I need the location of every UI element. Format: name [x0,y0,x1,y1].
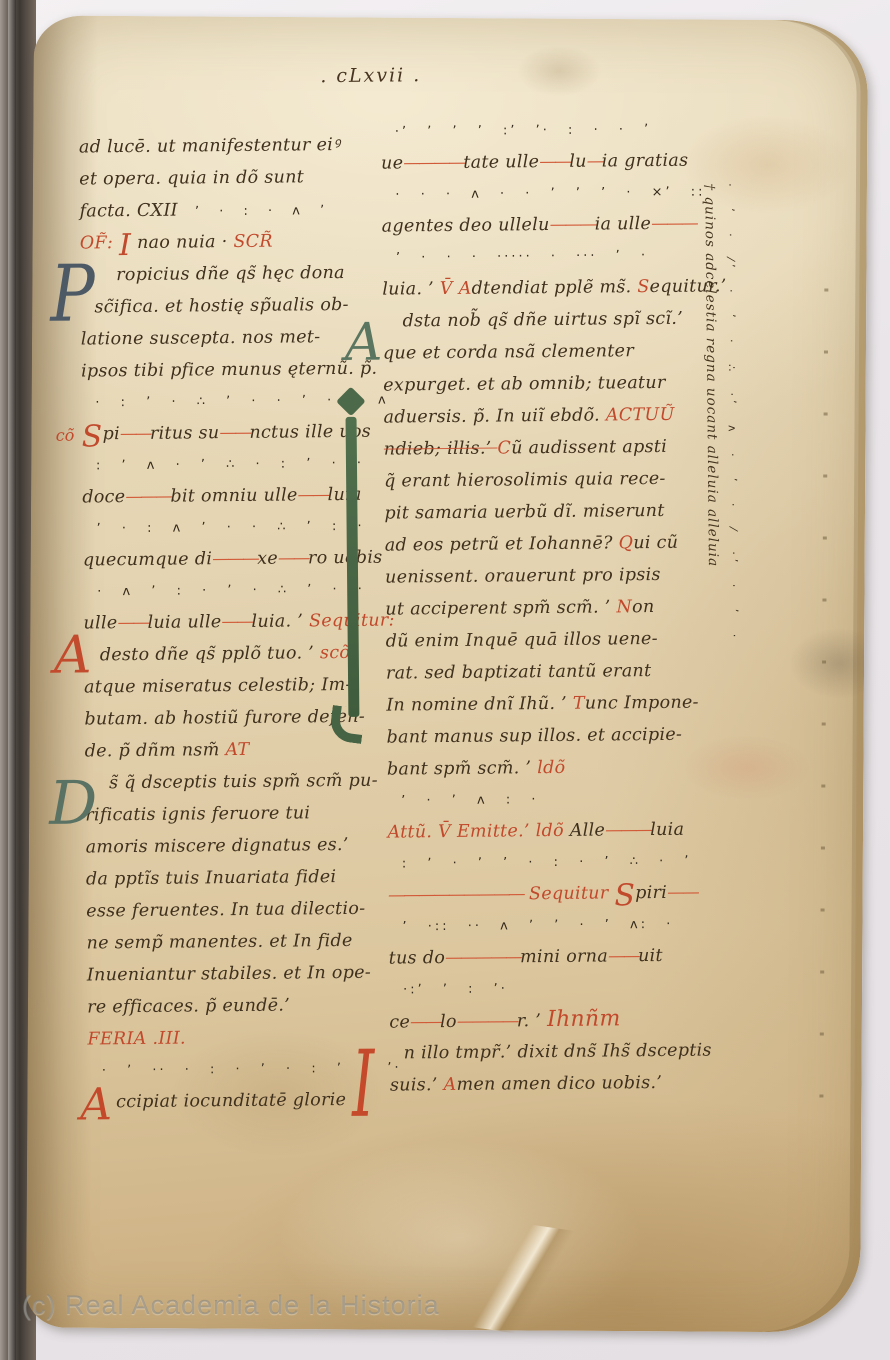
text-segment: que et corda nsã clementer [383,341,634,363]
text-line: dũ enim Inquē quā illos uene- [386,622,754,658]
text-segment: quecumque di [83,549,212,570]
text-segment: luia [650,820,684,840]
text-segment: et opera. quia in dõ sunt [79,167,304,189]
text-segment: —— [120,424,150,444]
text-segment: amoris miscere dignatus es.’ [86,835,349,858]
text-segment: S [637,277,649,297]
text-line: bant spm̃ scm̃. ’ ldõ [387,750,755,786]
text-segment: agentes deo ullelu [382,215,550,237]
text-segment: I [119,228,131,263]
text-segment: mini orna [520,946,608,967]
text-segment: ia ulle [595,214,652,235]
text-segment: latione suscepta. nos met- [81,327,321,349]
text-line: ad eos petrũ et Iohannē? Qui cũ [385,526,753,562]
text-segment: rificatis ignis feruore tui [85,803,310,825]
manuscript-photo: { "folio_number": ". cLxvii .", "waterma… [0,0,890,1360]
text-segment: —— [117,613,147,633]
text-segment: men amen dico uobis.’ [456,1073,662,1095]
text-segment: —— [278,548,308,568]
text-segment: A [443,1075,456,1095]
text-line: OF̃: I nao nuia · SCR̃ [80,224,414,259]
text-segment: nao nuia · [131,232,233,253]
margin-note-neumes: · ’ · ⁄’ · ’ · ∴ ·’ ʌ · ’ · ⁄ ·’ · ’ · [719,183,743,583]
text-segment: facta. CXII [79,201,177,222]
text-segment: ———— [403,153,463,174]
text-segment: Ihnñm [547,1006,621,1032]
text-segment: ipsos tibi pfice munus ęternũ. p̃. [81,359,377,382]
text-line: Inueniantur stabiles. et In ope- [87,956,421,991]
text-segment: expurget. et ab omnib; tueatur [383,373,666,396]
initial-i-stem [346,417,360,717]
text-segment: Attũ. V̄ Emitte.’ ldõ [387,821,569,843]
text-segment: ’ · : · ʌ ’ [178,203,328,219]
text-line: rat. sed baptizati tantũ erant [386,654,754,690]
folio-number: . cLxvii . [320,64,421,87]
initial-a-adsta: A [345,317,383,369]
text-segment: sc̃ifica. et hostię sp̃ualis ob- [94,295,349,317]
text-segment: V̄ A [440,279,472,299]
text-line: tus do—————mini orna——uit [389,939,757,975]
initial-i-in-illo: I [351,1039,374,1131]
text-segment: ———— [457,1011,517,1032]
text-line: s̃ q̃ dsceptis tuis spm̃ scm̃ pu- [85,764,419,799]
text-line: da pptĩs tuis Inuariata fidei [86,860,420,895]
text-line: q̃ erant hierosolimis quia rece- [384,462,752,498]
binding-fold-highlight [8,0,16,1360]
margin-note-text: † quinos adcelestia regna uocant allelui… [699,183,723,583]
text-segment: q̃ erant hierosolimis quia rece- [384,469,666,492]
watermark-text: (c) Real Academia de la Historia [22,1290,440,1321]
text-segment: r. ’ [517,1011,547,1031]
text-line: ad lucē. ut manifestentur eiꝰ [79,128,413,163]
text-segment: Q [619,533,634,553]
text-segment: dsta nob̃ qs̃ dñe uirtus spĩ scĩ.’ [403,309,684,332]
text-line: luia. ’ V̄ Adtendiat pplẽ ms̃. Sequitur.… [382,270,750,306]
text-segment: re efficaces. p̃ eundē.’ [87,996,290,1018]
text-segment: ————————— [388,884,523,905]
text-line: ue————tate ulle——lu—ia gratias [381,144,749,180]
text-segment: ——— [550,215,595,235]
text-segment: bant spm̃ scm̃. ’ [387,758,537,779]
text-segment: —— [410,1012,440,1032]
text-segment: ndieb; illis.’ [384,439,498,460]
text-segment: ——— [651,214,696,234]
text-segment: luia. ’ [382,279,440,300]
text-segment: esse feruentes. In tua dilectio- [86,899,365,922]
initial-a-adesto: A [54,629,92,681]
text-segment: —— [298,485,328,505]
neume-line: : ’ · ’ ’ · : · ’ ∴ · ’ [388,845,756,880]
text-line: suis.’ Amen amen dico uobis.’ [390,1066,758,1102]
neume-line: · · · ʌ · · ’ ’ ’ · ×’ :: [381,176,749,211]
text-line: uenissent. orauerunt pro ipsis [385,558,753,594]
neume-line: ·’ ’ ’ ’ :’ ’· : · · ’ [381,113,749,148]
text-segment: bant manus sup illos. et accipie- [387,725,683,748]
text-segment: s̃ q̃ dsceptis tuis spm̃ scm̃ pu- [109,771,378,794]
text-segment: —— [667,883,697,903]
neume-line: ’ ·:: ·· ʌ ’ ’ · ’ ʌ: · [388,908,756,943]
text-segment: unc Impone- [585,693,699,714]
text-segment: — [587,151,602,171]
text-line: ut acciperent spm̃ scm̃. ’ Non [385,590,753,626]
neume-line: ’ · · · ····· · ··· ’ · [382,239,750,274]
text-segment: pit samaria uerbũ dĩ. miserunt [384,501,664,524]
text-segment: ropicius dñe qs̃ hęc dona [116,263,345,285]
text-segment: SCR̃ [233,232,273,252]
text-segment: ui cũ [633,533,678,553]
text-line: ce——lo————r. ’ Ihnñm [389,1002,757,1038]
initial-i-diamond-top [336,387,366,417]
text-segment: butam. ab hostiũ furore defen- [84,707,365,730]
text-segment: ce [389,1012,410,1032]
text-line: et opera. quia in dõ sunt [79,160,413,195]
text-line: amoris miscere dignatus es.’ [85,828,419,863]
text-segment: de. p̃ dñm nsm̃ [85,740,220,761]
text-segment: C [497,438,511,458]
text-line: ropicius dñe qs̃ hęc dona [80,256,414,291]
text-segment: ccipiat iocunditatē glorie [116,1090,346,1112]
text-line: ndieb; illis.’ Cũ audissent apsti [384,430,752,466]
text-segment: ad lucē. ut manifestentur eiꝰ [79,135,340,158]
text-segment: bit omniu ulle [170,485,297,506]
text-segment: ACTUŨ [606,405,675,426]
text-line: n illo tmpr̃.’ dixit dns̃ Ihs̃ dsceptis [389,1034,757,1070]
text-segment: pi [102,424,120,444]
text-segment: ——— [605,820,650,840]
text-segment: ũ audissent apsti [511,437,667,458]
text-segment: da pptĩs tuis Inuariata fidei [86,867,337,889]
text-segment: T [573,694,585,714]
text-segment: uenissent. orauerunt pro ipsis [385,565,661,588]
left-text-column: ad lucē. ut manifestentur eiꝰet opera. q… [79,128,422,1118]
text-segment: ad eos petrũ et Iohannē? [385,533,619,555]
text-segment: on [632,597,655,617]
text-line: dsta nob̃ qs̃ dñe uirtus spĩ scĩ.’ [382,302,750,338]
text-segment: ——— [125,487,170,507]
text-segment: tus do [389,948,446,969]
text-segment: FERIA .III. [87,1029,186,1050]
text-line: esse feruentes. In tua dilectio- [86,892,420,927]
text-segment: piri [635,883,667,903]
text-segment: —— [608,946,638,966]
initial-p-propicius: P [50,255,95,333]
text-line: rificatis ignis feruore tui [85,796,419,831]
text-segment: ————— [445,947,520,968]
text-line: pit samaria uerbũ dĩ. miserunt [384,494,752,530]
text-segment: rat. sed baptizati tantũ erant [386,661,652,684]
text-segment: n illo tmpr̃.’ dixit dns̃ Ihs̃ dsceptis [404,1040,712,1063]
text-segment: dtendiat pplẽ ms̃. [472,277,638,299]
text-line: agentes deo ullelu———ia ulle——— [382,207,750,243]
text-line: expurget. et ab omnib; tueatur [383,366,751,402]
text-segment: atque miseratus celestib; Im- [84,675,352,698]
text-segment: ia gratias [602,151,689,172]
margin-note-rotated: · ’ · ⁄’ · ’ · ∴ ·’ ʌ · ’ · ⁄ ·’ · ’ · †… [699,183,743,583]
text-line: ne semp̃ manentes. et In fide [86,924,420,959]
text-segment: luia ulle [147,612,221,633]
text-segment: luia. ’ [251,611,309,632]
text-segment: xe [257,549,278,569]
text-segment: lu [569,152,587,172]
text-segment: —— [221,612,251,632]
text-line: In nomine dnĩ Ihũ. ’ Tunc Impone- [386,686,754,722]
page-content: . cLxvii . ad lucē. ut manifestentur eiꝰ… [24,14,871,1334]
text-segment: S [614,878,635,913]
text-line: aduersis. p̃. In uiĩ ebdõ. ACTUŨ [383,398,751,434]
text-segment: Sequitur [523,883,614,904]
text-segment: dũ enim Inquē quā illos uene- [386,629,658,652]
text-segment: AT [219,740,249,760]
text-segment: In nomine dnĩ Ihũ. ’ [386,694,573,716]
text-segment: suis.’ [390,1075,444,1096]
text-segment: Inueniantur stabiles. et In ope- [87,963,371,986]
text-line: bant manus sup illos. et accipie- [386,718,754,754]
text-segment: ——— [212,549,257,569]
text-segment: tate ulle [463,152,539,173]
text-segment: —— [539,152,569,172]
neume-line: ’ · ’ ʌ : · [387,782,755,817]
text-segment: uit [638,946,663,966]
text-segment: S [82,419,103,454]
text-line: re efficaces. p̃ eundē.’ [87,988,421,1023]
text-line: facta. CXII ’ · : · ʌ ’ [79,192,413,227]
neume-line: ·:’ ’ : ’· [389,971,757,1006]
text-line: que et corda nsã clementer [383,334,751,370]
text-segment: lo [440,1012,457,1032]
text-line: ————————— Sequitur Spiri—— [388,876,756,912]
initial-a-accipiat: A [80,1083,112,1127]
text-segment: desto dñe qs̃ pplõ tuo. ’ [100,643,320,665]
text-segment: Alle [570,820,606,840]
text-segment: N [616,597,632,617]
text-segment: doce [82,487,125,507]
initial-i-tall-green: I [333,391,370,747]
text-segment: ldõ [537,758,565,778]
text-segment: aduersis. p̃. In uiĩ ebdõ. [383,405,606,427]
text-segment: —— [219,423,249,443]
text-segment: ritus su [150,423,220,444]
text-segment: ut acciperent spm̃ scm̃. ’ [385,597,616,619]
rubric-communio-label: cõ [56,426,75,445]
text-segment: ue [381,153,403,173]
text-line: Attũ. V̄ Emitte.’ ldõ Alle———luia [387,813,755,849]
text-segment: ne semp̃ manentes. et In fide [86,931,352,954]
initial-d-deus: D [49,773,98,833]
